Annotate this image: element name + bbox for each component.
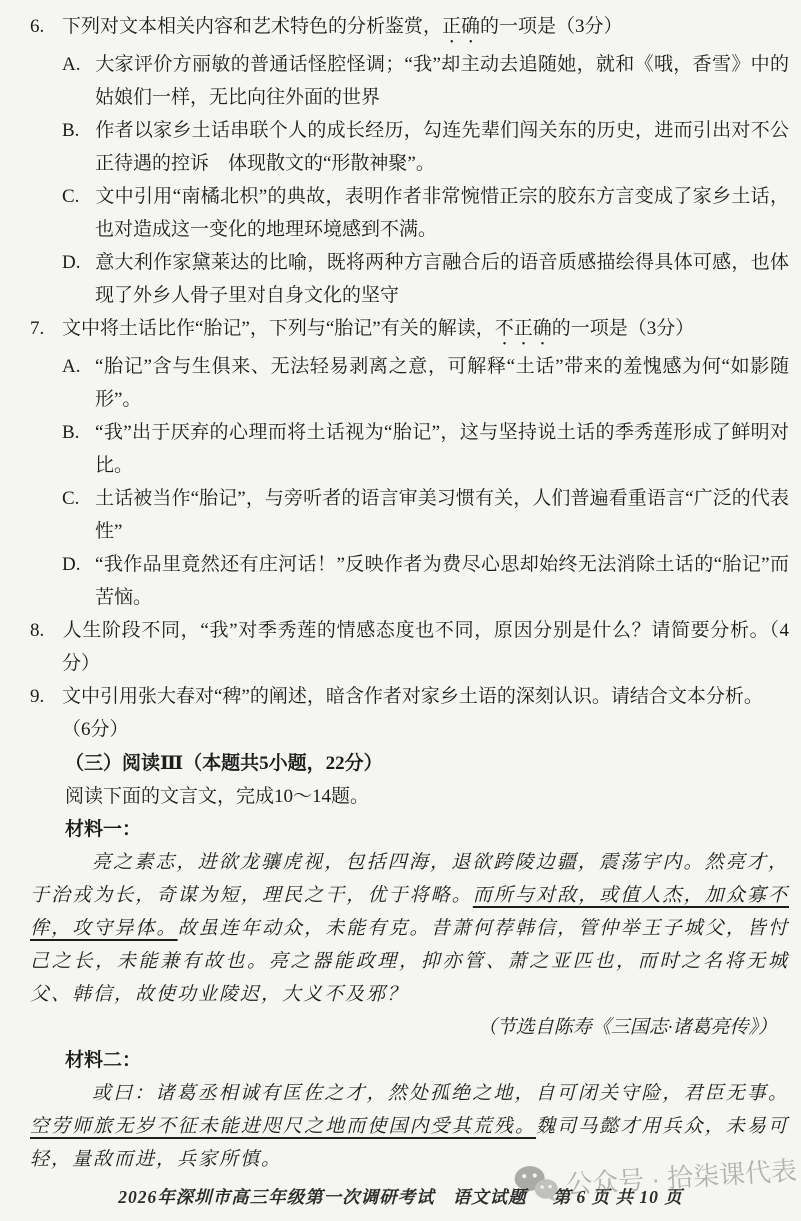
question-7-number: 7. — [30, 312, 62, 345]
option-text: 意大利作家黛莱达的比喻，既将两种方言融合后的语音质感描绘得具体可感，也体现了外乡… — [95, 252, 789, 306]
question-6-stem-post: 的一项是（3分） — [480, 16, 623, 37]
option-text: “胎记”含与生俱来、无法轻易剥离之意，可解释“土话”带来的羞愧感为何“如影随形”… — [95, 356, 789, 410]
question-6-option-a: A.大家评价方丽敏的普通话怪腔怪调；“我”却主动去追随她，就和《哦，香雪》中的姑… — [30, 48, 789, 114]
question-9: 9.文中引用张大春对“稗”的阐述，暗含作者对家乡土语的深刻认识。请结合文本分析。… — [30, 680, 789, 746]
question-7-option-a: A.“胎记”含与生俱来、无法轻易剥离之意，可解释“土话”带来的羞愧感为何“如影随… — [30, 350, 789, 416]
exam-page: 6.下列对文本相关内容和艺术特色的分析鉴赏，正确的一项是（3分） A.大家评价方… — [0, 0, 801, 1176]
question-8: 8.人生阶段不同，“我”对季秀莲的情感态度也不同，原因分别是什么？请简要分析。（… — [30, 614, 789, 680]
option-letter: B. — [62, 416, 95, 449]
option-text: 文中引用“南橘北枳”的典故，表明作者非常惋惜正宗的胶东方言变成了家乡土话，也对造… — [95, 186, 789, 240]
page-footer: 2026年深圳市高三年级第一次调研考试语文试题第 6 页 共 10 页 — [0, 1184, 801, 1209]
material-1-label: 材料一： — [65, 813, 789, 846]
option-letter: A. — [62, 48, 95, 81]
footer-exam-title: 2026年深圳市高三年级第一次调研考试 — [118, 1187, 435, 1207]
option-text: 大家评价方丽敏的普通话怪腔怪调；“我”却主动去追随她，就和《哦，香雪》中的姑娘们… — [95, 54, 789, 108]
material-2-text: 或曰：诸葛丞相诚有匡佐之才，然处孤绝之地，自可闭关守险，君臣无事。 — [92, 1083, 789, 1104]
question-7-stem: 7.文中将土话比作“胎记”，下列与“胎记”有关的解读，不正确的一项是（3分） — [30, 312, 789, 350]
question-6-option-d: D.意大利作家黛莱达的比喻，既将两种方言融合后的语音质感描绘得具体可感，也体现了… — [30, 246, 789, 312]
option-text: “我作品里竟然还有庄河话！”反映作者为费尽心思却始终无法消除土话的“胎记”而苦恼… — [95, 554, 789, 608]
question-7-option-b: B.“我”出于厌弃的心理而将土话视为“胎记”，这与坚持说土话的季秀莲形成了鲜明对… — [30, 416, 789, 482]
question-9-number: 9. — [30, 680, 62, 713]
question-6-option-b: B.作者以家乡土话串联个人的成长经历，勾连先辈们闯关东的历史，进而引出对不公正待… — [30, 114, 789, 180]
question-8-text: 人生阶段不同，“我”对季秀莲的情感态度也不同，原因分别是什么？请简要分析。 — [62, 620, 769, 641]
question-6-stem-pre: 下列对文本相关内容和艺术特色的分析鉴赏， — [62, 16, 442, 37]
option-letter: D. — [62, 548, 95, 581]
option-letter: B. — [62, 114, 95, 147]
option-letter: A. — [62, 350, 95, 383]
footer-page-info: 第 6 页 共 10 页 — [553, 1187, 683, 1207]
footer-subject: 语文试题 — [453, 1187, 527, 1207]
question-9-points: （6分） — [62, 719, 129, 740]
question-6-stem-emphasis: 正确 — [442, 16, 480, 37]
question-7-stem-post: 的一项是（3分） — [552, 318, 695, 339]
material-1-passage: 亮之素志，进欲龙骧虎视，包括四海，退欲跨陵边疆，震荡宇内。然亮才，于治戎为长，奇… — [30, 846, 789, 1011]
option-letter: D. — [62, 246, 95, 279]
question-6: 6.下列对文本相关内容和艺术特色的分析鉴赏，正确的一项是（3分） A.大家评价方… — [30, 10, 789, 312]
option-text: 土话被当作“胎记”，与旁听者的语言审美习惯有关，人们普遍看重语言“广泛的代表性” — [95, 488, 789, 542]
material-2-label: 材料二： — [65, 1044, 789, 1077]
section-3-intro: 阅读下面的文言文，完成10～14题。 — [65, 780, 789, 813]
question-6-number: 6. — [30, 10, 62, 43]
option-letter: C. — [62, 180, 95, 213]
question-7-stem-pre: 文中将土话比作“胎记”，下列与“胎记”有关的解读， — [62, 318, 495, 339]
question-7-option-d: D.“我作品里竟然还有庄河话！”反映作者为费尽心思却始终无法消除土话的“胎记”而… — [30, 548, 789, 614]
section-3-header: （三）阅读Ⅲ（本题共5小题，22分） — [65, 747, 789, 780]
question-7: 7.文中将土话比作“胎记”，下列与“胎记”有关的解读，不正确的一项是（3分） A… — [30, 312, 789, 614]
question-6-stem: 6.下列对文本相关内容和艺术特色的分析鉴赏，正确的一项是（3分） — [30, 10, 789, 48]
question-7-stem-emphasis: 不正确 — [495, 318, 552, 339]
question-7-option-c: C.土话被当作“胎记”，与旁听者的语言审美习惯有关，人们普遍看重语言“广泛的代表… — [30, 482, 789, 548]
option-text: “我”出于厌弃的心理而将土话视为“胎记”，这与坚持说土话的季秀莲形成了鲜明对比。 — [95, 422, 789, 476]
option-text: 作者以家乡土话串联个人的成长经历，勾连先辈们闯关东的历史，进而引出对不公正待遇的… — [95, 120, 789, 174]
question-6-option-c: C.文中引用“南橘北枳”的典故，表明作者非常惋惜正宗的胶东方言变成了家乡土话，也… — [30, 180, 789, 246]
question-9-text: 文中引用张大春对“稗”的阐述，暗含作者对家乡土语的深刻认识。请结合文本分析。 — [62, 686, 763, 707]
option-letter: C. — [62, 482, 95, 515]
material-1-attribution: （节选自陈寿《三国志·诸葛亮传》） — [30, 1011, 789, 1044]
material-2-underlined-text: 空劳师旅无岁不征未能进咫尺之地而使国内受其荒残。 — [30, 1116, 536, 1137]
question-8-number: 8. — [30, 614, 62, 647]
